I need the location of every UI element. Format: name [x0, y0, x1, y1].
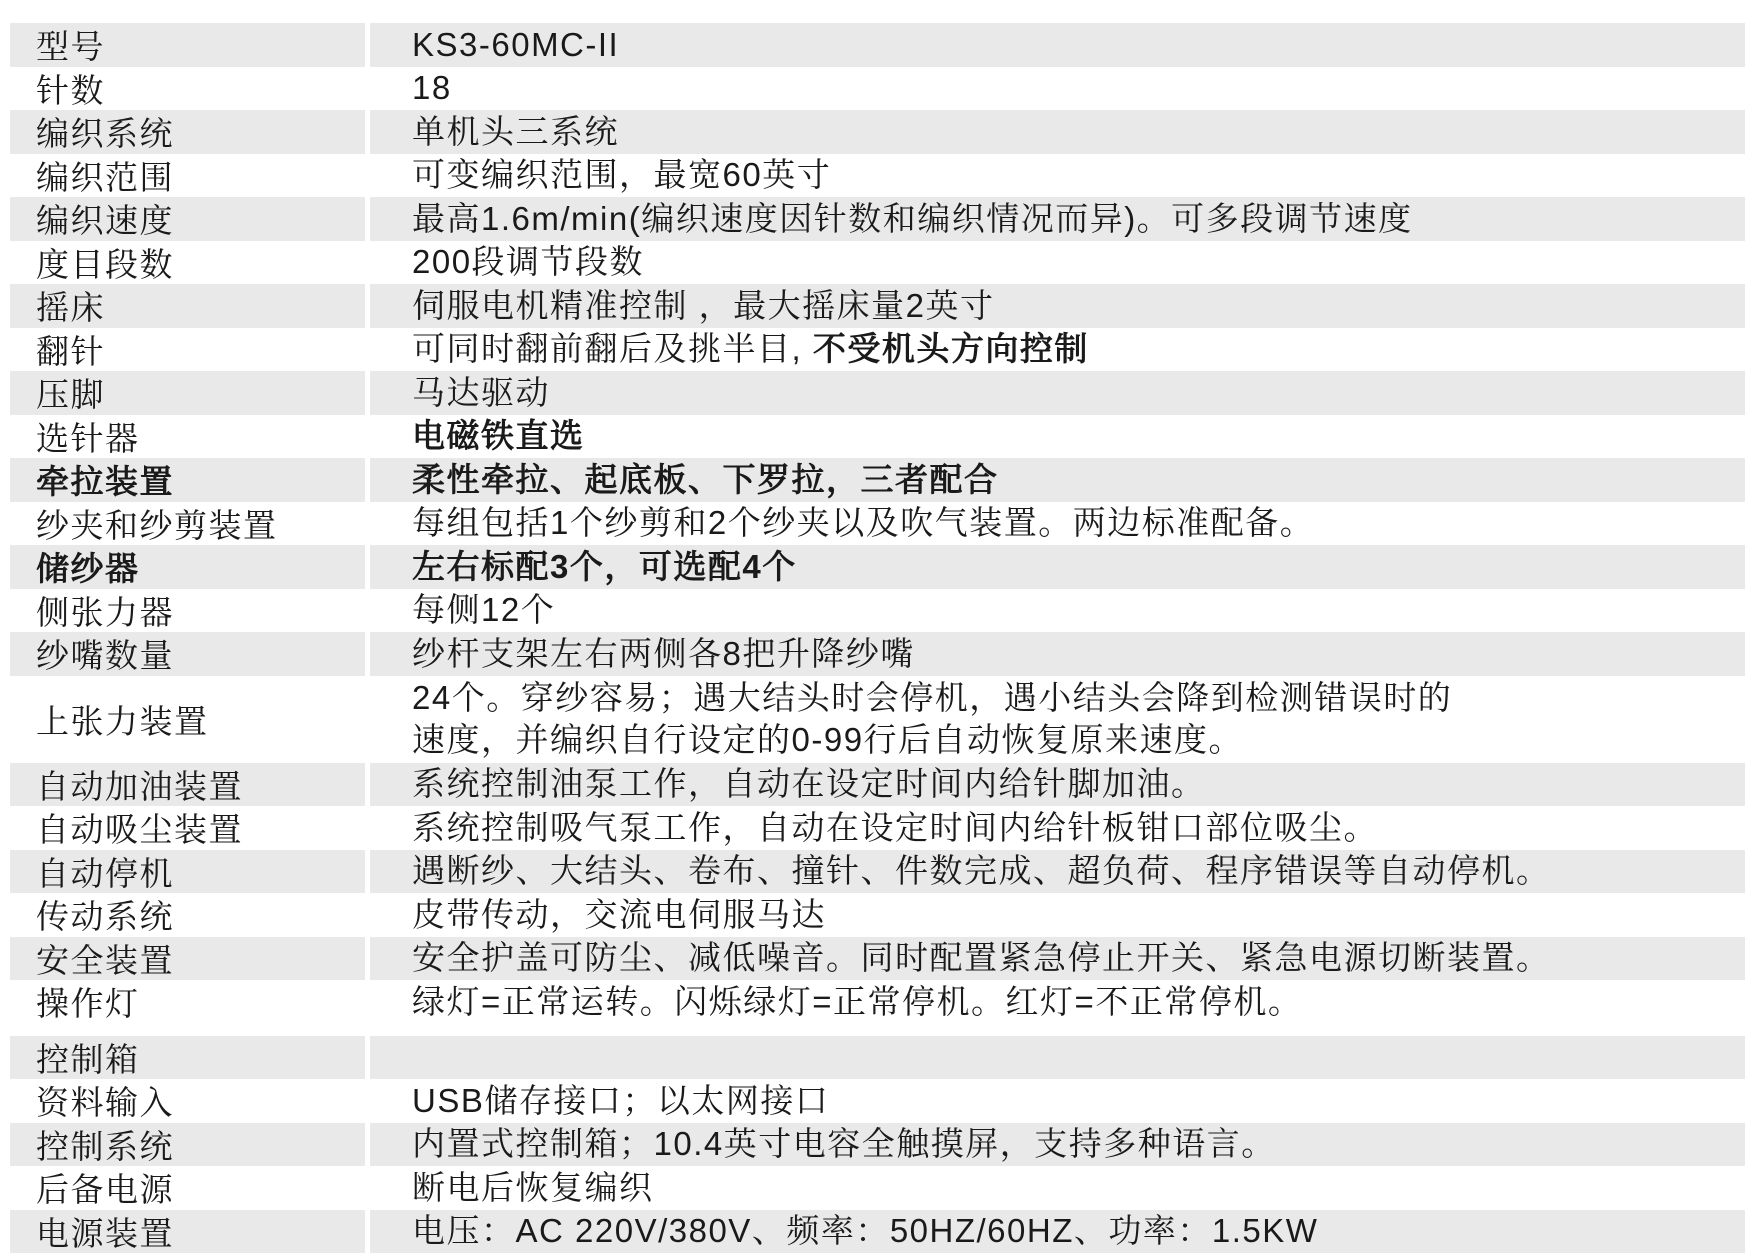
row-value: 伺服电机精准控制 ，最大摇床量2英寸 — [370, 284, 1745, 328]
row-value-text: 200段调节段数 — [412, 243, 644, 280]
row-value-text: 伺服电机精准控制 ，最大摇床量2英寸 — [412, 287, 995, 324]
spec-table: 型号KS3-60MC-II针数18编织系统单机头三系统编织范围可变编织范围，最宽… — [0, 0, 1757, 1253]
row-value-text: 安全护盖可防尘、减低噪音。同时配置紧急停止开关、紧急电源切断装置。 — [412, 939, 1551, 976]
row-label: 编织速度 — [10, 197, 365, 241]
row-value-text: 每侧12个 — [412, 591, 555, 628]
row-label: 电源装置 — [10, 1210, 365, 1254]
row-value-line: 断电后恢复编织 — [412, 1167, 1745, 1209]
row-value-text: 速度，并编织自行设定的0-99行后自动恢复原来速度。 — [412, 721, 1243, 758]
row-value: 电磁铁直选 — [370, 415, 1745, 459]
table-row: 纱嘴数量纱杆支架左右两侧各8把升降纱嘴 — [0, 632, 1757, 676]
row-label: 编织范围 — [10, 154, 365, 198]
table-row: 选针器电磁铁直选 — [0, 415, 1757, 459]
table-row: 控制系统内置式控制箱；10.4英寸电容全触摸屏，支持多种语言。 — [0, 1123, 1757, 1167]
row-value-line: 可变编织范围，最宽60英寸 — [412, 154, 1745, 196]
table-row: 资料输入USB储存接口；以太网接口 — [0, 1079, 1757, 1123]
row-label: 压脚 — [10, 371, 365, 415]
row-value-line: 安全护盖可防尘、减低噪音。同时配置紧急停止开关、紧急电源切断装置。 — [412, 937, 1745, 979]
table-row: 上张力装置24个。穿纱容易；遇大结头时会停机，遇小结头会降到检测错误时的速度，并… — [0, 676, 1757, 763]
table-row: 控制箱 — [0, 1036, 1757, 1080]
row-label: 纱嘴数量 — [10, 632, 365, 676]
row-value: 左右标配3个，可选配4个 — [370, 545, 1745, 589]
row-label: 度目段数 — [10, 241, 365, 285]
row-label: 自动吸尘装置 — [10, 806, 365, 850]
row-value: 皮带传动，交流电伺服马达 — [370, 893, 1745, 937]
row-value-text: 绿灯=正常运转。闪烁绿灯=正常停机。红灯=不正常停机。 — [412, 983, 1302, 1020]
row-label: 自动停机 — [10, 850, 365, 894]
row-value: 纱杆支架左右两侧各8把升降纱嘴 — [370, 632, 1745, 676]
row-value-text: 不受机头方向控制 — [813, 330, 1089, 367]
row-value-text: 每组包括1个纱剪和2个纱夹以及吹气装置。两边标准配备。 — [412, 504, 1314, 541]
row-value: 柔性牵拉、起底板、下罗拉，三者配合 — [370, 458, 1745, 502]
row-label: 纱夹和纱剪装置 — [10, 502, 365, 546]
row-label: 安全装置 — [10, 937, 365, 981]
row-label: 传动系统 — [10, 893, 365, 937]
row-label: 控制系统 — [10, 1123, 365, 1167]
row-value-line: 电磁铁直选 — [412, 415, 1745, 457]
row-label: 自动加油装置 — [10, 763, 365, 807]
table-row: 安全装置安全护盖可防尘、减低噪音。同时配置紧急停止开关、紧急电源切断装置。 — [0, 937, 1757, 981]
row-value-line: 速度，并编织自行设定的0-99行后自动恢复原来速度。 — [412, 719, 1745, 761]
row-value-text: 可同时翻前翻后及挑半目, — [412, 330, 813, 367]
table-row: 摇床伺服电机精准控制 ，最大摇床量2英寸 — [0, 284, 1757, 328]
row-value-line: 每组包括1个纱剪和2个纱夹以及吹气装置。两边标准配备。 — [412, 502, 1745, 544]
row-value-line: 柔性牵拉、起底板、下罗拉，三者配合 — [412, 459, 1745, 501]
row-label: 牵拉装置 — [10, 458, 365, 502]
row-label: 侧张力器 — [10, 589, 365, 633]
table-row: 电源装置电压：AC 220V/380V、频率：50HZ/60HZ、功率：1.5K… — [0, 1210, 1757, 1254]
row-label: 型号 — [10, 23, 365, 67]
row-value-text: KS3-60MC-II — [412, 26, 619, 63]
table-row: 侧张力器每侧12个 — [0, 589, 1757, 633]
table-row: 度目段数200段调节段数 — [0, 241, 1757, 285]
row-value-text: 系统控制油泵工作，自动在设定时间内给针脚加油。 — [412, 765, 1206, 802]
row-value-text: 18 — [412, 69, 452, 106]
row-value-line: 纱杆支架左右两侧各8把升降纱嘴 — [412, 633, 1745, 675]
row-value: 可同时翻前翻后及挑半目, 不受机头方向控制 — [370, 328, 1745, 372]
row-value-text: 电磁铁直选 — [412, 417, 585, 454]
row-value: 断电后恢复编织 — [370, 1166, 1745, 1210]
row-value-text: 单机头三系统 — [412, 113, 619, 150]
row-value: USB储存接口；以太网接口 — [370, 1079, 1745, 1123]
table-row: 压脚马达驱动 — [0, 371, 1757, 415]
row-value: 可变编织范围，最宽60英寸 — [370, 154, 1745, 198]
row-label: 上张力装置 — [10, 676, 365, 763]
table-row: 储纱器左右标配3个，可选配4个 — [0, 545, 1757, 589]
row-value-line: 左右标配3个，可选配4个 — [412, 546, 1745, 588]
row-value-text: 纱杆支架左右两侧各8把升降纱嘴 — [412, 635, 915, 672]
row-value-line: 每侧12个 — [412, 589, 1745, 631]
row-value-line: 24个。穿纱容易；遇大结头时会停机，遇小结头会降到检测错误时的 — [412, 677, 1745, 719]
row-label: 摇床 — [10, 284, 365, 328]
row-value-text: 遇断纱、大结头、卷布、撞针、件数完成、超负荷、程序错误等自动停机。 — [412, 852, 1551, 889]
row-value-text: 断电后恢复编织 — [412, 1169, 654, 1206]
row-value: 安全护盖可防尘、减低噪音。同时配置紧急停止开关、紧急电源切断装置。 — [370, 937, 1745, 981]
row-value-text: 左右标配3个，可选配4个 — [412, 548, 797, 585]
table-row: 编织系统单机头三系统 — [0, 110, 1757, 154]
row-value-text: USB储存接口；以太网接口 — [412, 1082, 829, 1119]
row-value: 18 — [370, 67, 1745, 111]
row-value: 24个。穿纱容易；遇大结头时会停机，遇小结头会降到检测错误时的速度，并编织自行设… — [370, 676, 1745, 763]
row-value-text: 电压：AC 220V/380V、频率：50HZ/60HZ、功率：1.5KW — [412, 1212, 1318, 1249]
row-value: KS3-60MC-II — [370, 23, 1745, 67]
table-row: 牵拉装置柔性牵拉、起底板、下罗拉，三者配合 — [0, 458, 1757, 502]
row-value: 每组包括1个纱剪和2个纱夹以及吹气装置。两边标准配备。 — [370, 502, 1745, 546]
row-value-text: 皮带传动，交流电伺服马达 — [412, 896, 826, 933]
row-label: 后备电源 — [10, 1166, 365, 1210]
row-value-line: 单机头三系统 — [412, 111, 1745, 153]
table-row: 自动吸尘装置系统控制吸气泵工作，自动在设定时间内给针板钳口部位吸尘。 — [0, 806, 1757, 850]
row-value-line: USB储存接口；以太网接口 — [412, 1080, 1745, 1122]
row-value: 最高1.6m/min(编织速度因针数和编织情况而异)。可多段调节速度 — [370, 197, 1745, 241]
table-row: 自动加油装置系统控制油泵工作，自动在设定时间内给针脚加油。 — [0, 763, 1757, 807]
row-value-line: 绿灯=正常运转。闪烁绿灯=正常停机。红灯=不正常停机。 — [412, 981, 1745, 1023]
row-value-line: 最高1.6m/min(编织速度因针数和编织情况而异)。可多段调节速度 — [412, 198, 1745, 240]
row-label: 针数 — [10, 67, 365, 111]
row-value-text: 系统控制吸气泵工作，自动在设定时间内给针板钳口部位吸尘。 — [412, 809, 1378, 846]
row-label: 操作灯 — [10, 980, 365, 1024]
row-value: 系统控制吸气泵工作，自动在设定时间内给针板钳口部位吸尘。 — [370, 806, 1745, 850]
row-value-line: 内置式控制箱；10.4英寸电容全触摸屏，支持多种语言。 — [412, 1123, 1745, 1165]
row-label: 资料输入 — [10, 1079, 365, 1123]
row-label: 储纱器 — [10, 545, 365, 589]
row-label: 选针器 — [10, 415, 365, 459]
row-value-text: 24个。穿纱容易；遇大结头时会停机，遇小结头会降到检测错误时的 — [412, 679, 1452, 716]
table-row: 纱夹和纱剪装置每组包括1个纱剪和2个纱夹以及吹气装置。两边标准配备。 — [0, 502, 1757, 546]
table-row: 后备电源断电后恢复编织 — [0, 1166, 1757, 1210]
row-value: 每侧12个 — [370, 589, 1745, 633]
row-value-line: 伺服电机精准控制 ，最大摇床量2英寸 — [412, 285, 1745, 327]
row-label: 编织系统 — [10, 110, 365, 154]
row-value-line: 可同时翻前翻后及挑半目, 不受机头方向控制 — [412, 328, 1745, 370]
row-value-line: 遇断纱、大结头、卷布、撞针、件数完成、超负荷、程序错误等自动停机。 — [412, 850, 1745, 892]
row-value: 系统控制油泵工作，自动在设定时间内给针脚加油。 — [370, 763, 1745, 807]
row-value: 单机头三系统 — [370, 110, 1745, 154]
table-row: 型号KS3-60MC-II — [0, 23, 1757, 67]
row-value-text: 柔性牵拉、起底板、下罗拉，三者配合 — [412, 461, 999, 498]
table-row: 操作灯绿灯=正常运转。闪烁绿灯=正常停机。红灯=不正常停机。 — [0, 980, 1757, 1024]
row-value-line: 18 — [412, 67, 1745, 109]
row-value: 马达驱动 — [370, 371, 1745, 415]
row-value-line: 系统控制吸气泵工作，自动在设定时间内给针板钳口部位吸尘。 — [412, 807, 1745, 849]
row-value: 200段调节段数 — [370, 241, 1745, 285]
row-value: 遇断纱、大结头、卷布、撞针、件数完成、超负荷、程序错误等自动停机。 — [370, 850, 1745, 894]
table-row: 编织速度最高1.6m/min(编织速度因针数和编织情况而异)。可多段调节速度 — [0, 197, 1757, 241]
row-value-text: 最高1.6m/min(编织速度因针数和编织情况而异)。可多段调节速度 — [412, 200, 1413, 237]
table-row: 自动停机遇断纱、大结头、卷布、撞针、件数完成、超负荷、程序错误等自动停机。 — [0, 850, 1757, 894]
row-value-text: 内置式控制箱；10.4英寸电容全触摸屏，支持多种语言。 — [412, 1125, 1276, 1162]
table-row: 针数18 — [0, 67, 1757, 111]
row-label: 翻针 — [10, 328, 365, 372]
row-value-line: 200段调节段数 — [412, 241, 1745, 283]
row-value-line: 电压：AC 220V/380V、频率：50HZ/60HZ、功率：1.5KW — [412, 1210, 1745, 1252]
row-value: 绿灯=正常运转。闪烁绿灯=正常停机。红灯=不正常停机。 — [370, 980, 1745, 1024]
table-row: 翻针可同时翻前翻后及挑半目, 不受机头方向控制 — [0, 328, 1757, 372]
row-value-text: 可变编织范围，最宽60英寸 — [412, 156, 831, 193]
row-value-line: KS3-60MC-II — [412, 24, 1745, 66]
row-value: 电压：AC 220V/380V、频率：50HZ/60HZ、功率：1.5KW — [370, 1210, 1745, 1254]
row-value-line: 马达驱动 — [412, 372, 1745, 414]
row-value: 内置式控制箱；10.4英寸电容全触摸屏，支持多种语言。 — [370, 1123, 1745, 1167]
row-label: 控制箱 — [10, 1036, 365, 1080]
row-value-line: 系统控制油泵工作，自动在设定时间内给针脚加油。 — [412, 763, 1745, 805]
row-value-text: 马达驱动 — [412, 374, 550, 411]
row-value — [370, 1036, 1745, 1080]
row-value-line: 皮带传动，交流电伺服马达 — [412, 894, 1745, 936]
table-row: 传动系统皮带传动，交流电伺服马达 — [0, 893, 1757, 937]
table-row: 编织范围可变编织范围，最宽60英寸 — [0, 154, 1757, 198]
